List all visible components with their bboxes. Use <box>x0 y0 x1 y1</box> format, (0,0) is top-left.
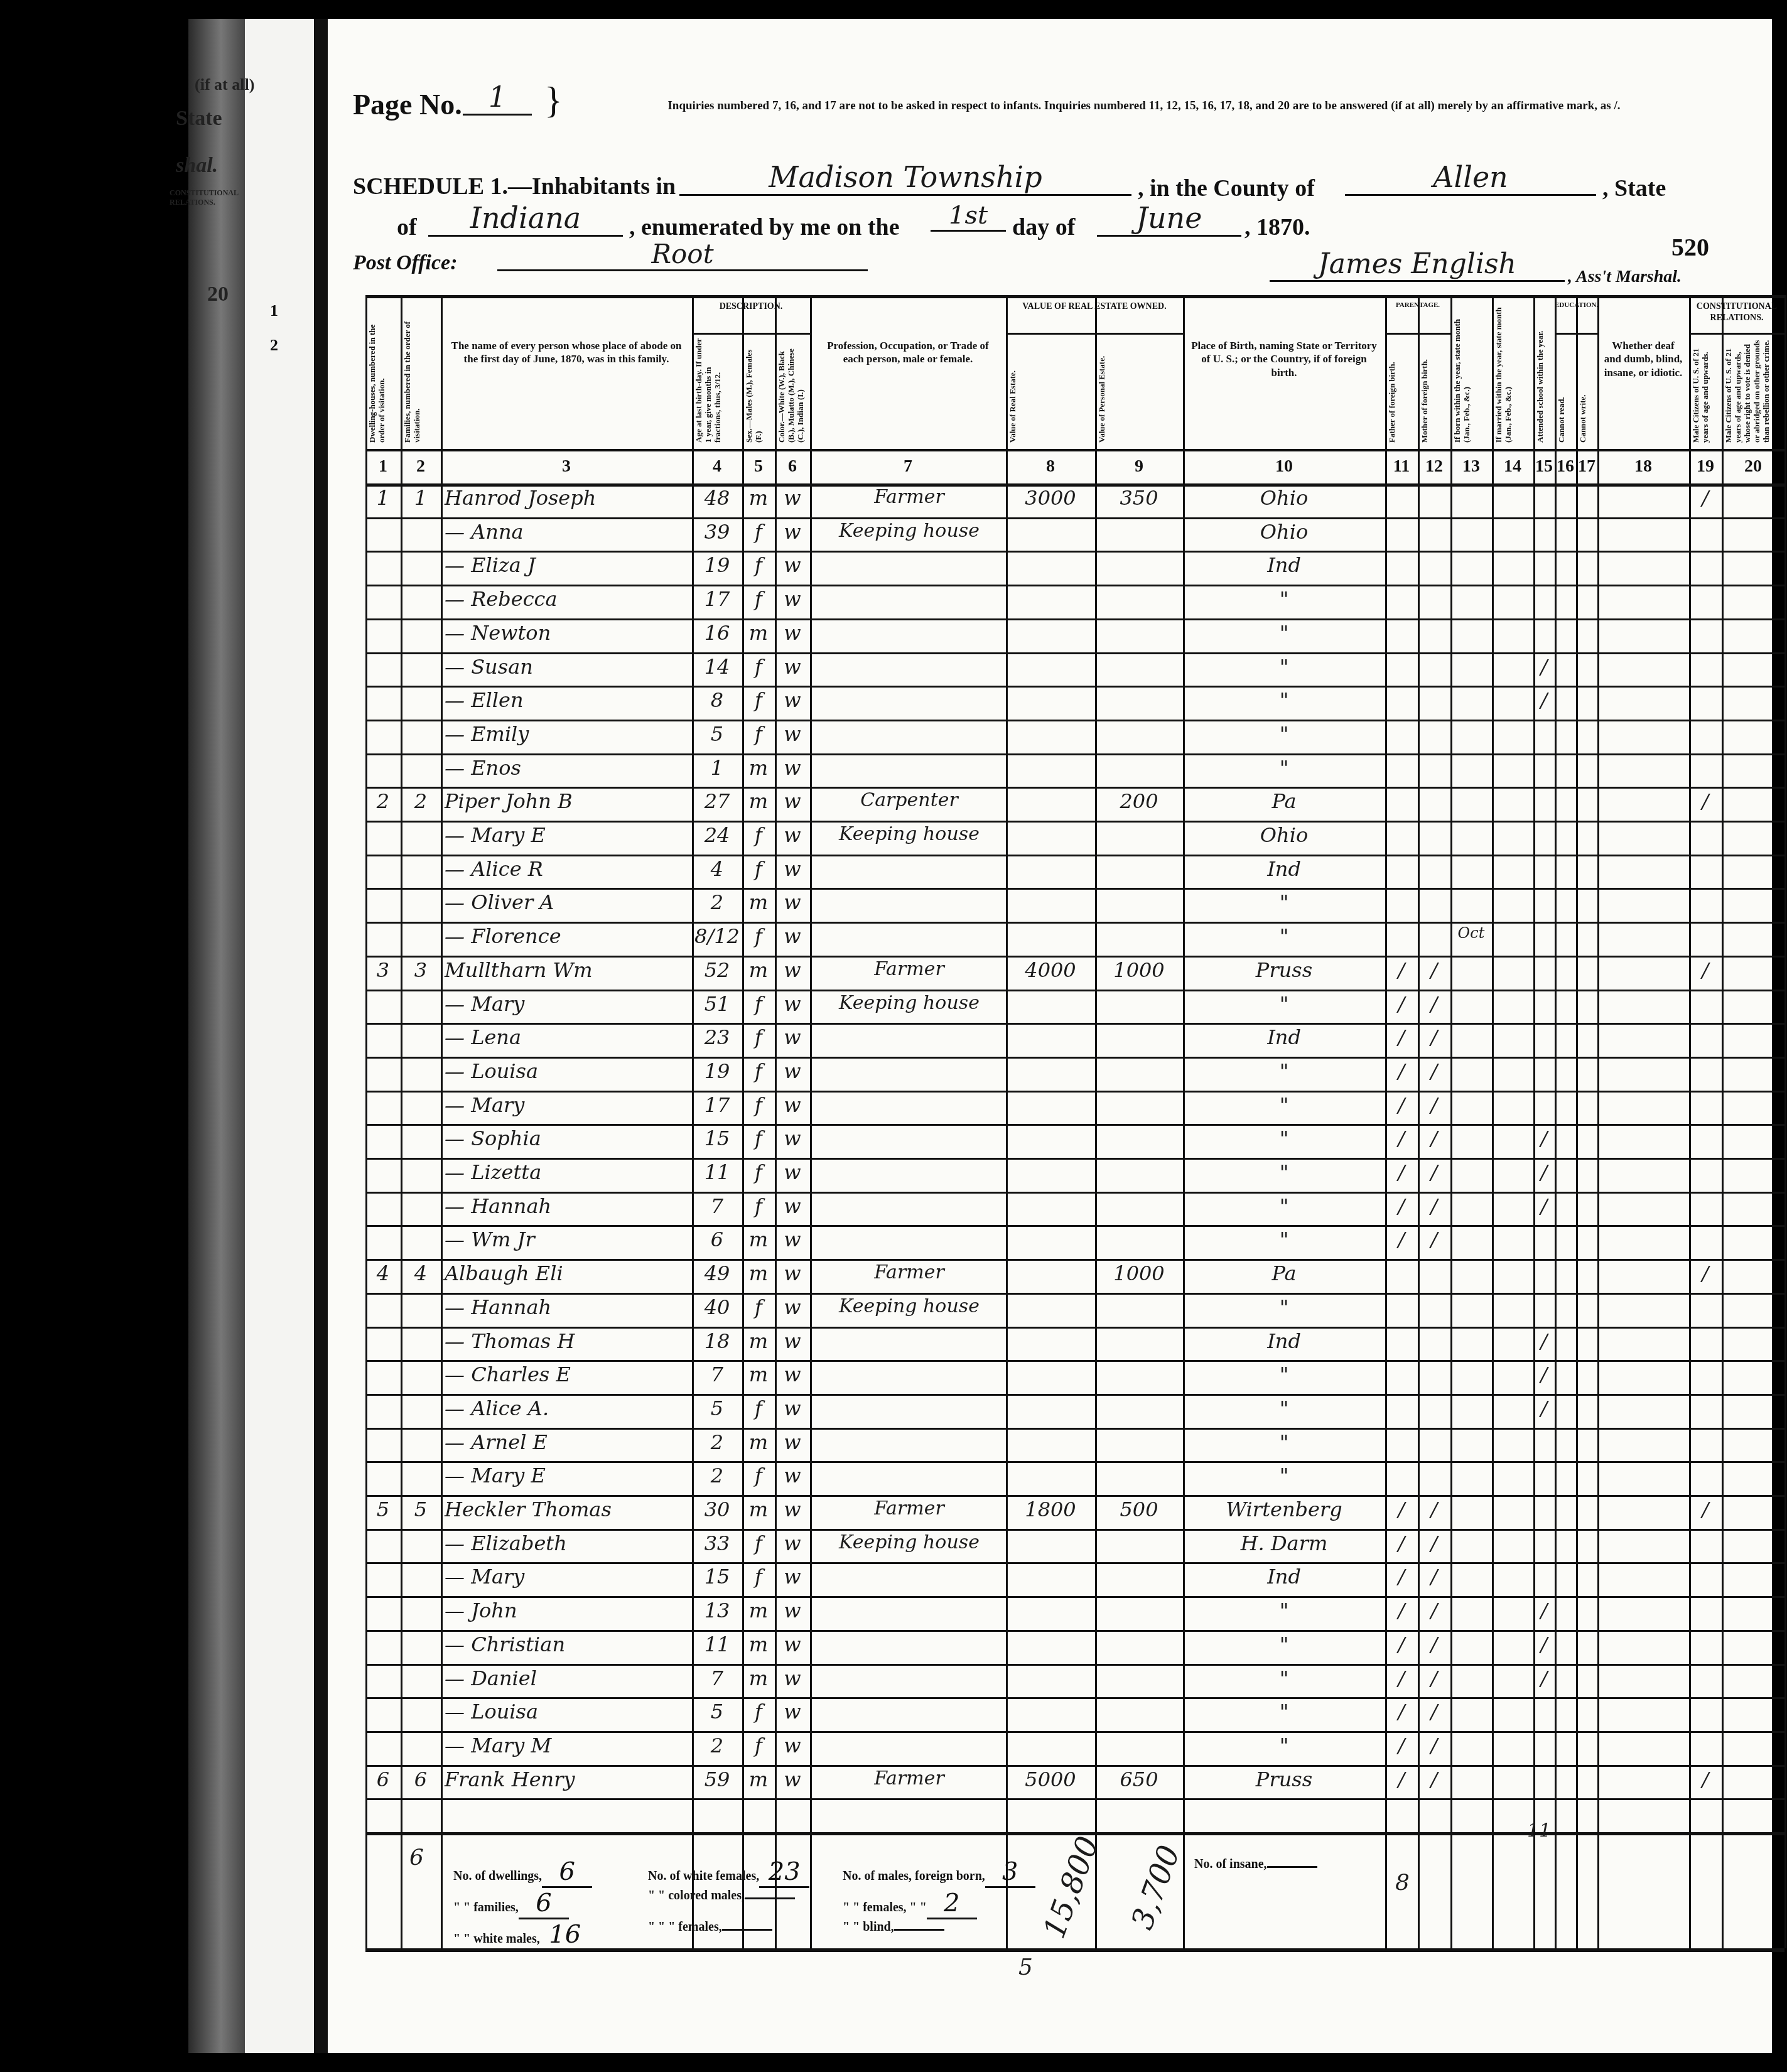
cell-birth: Wirtenberg <box>1183 1497 1385 1521</box>
cell-birth: " <box>1183 1734 1385 1757</box>
row-rule <box>365 652 1784 654</box>
column-number: 9 <box>1095 456 1183 477</box>
cell-name: — Hannah <box>445 1295 692 1319</box>
row-rule <box>365 787 1784 789</box>
cell-birth: " <box>1183 1194 1385 1218</box>
adjacent-fragment: shal. <box>176 154 218 178</box>
column-rule <box>1784 295 1786 1948</box>
cell-c19: / <box>1689 958 1722 982</box>
cell-c19: / <box>1689 789 1722 813</box>
cell-age: 2 <box>692 890 742 914</box>
cell-age: 48 <box>692 486 742 510</box>
cell-c11: / <box>1385 1126 1418 1150</box>
cell-name: — Emily <box>445 722 692 746</box>
schedule-label: SCHEDULE 1.—Inhabitants in <box>353 173 676 200</box>
cell-c12: / <box>1418 1160 1450 1184</box>
cell-color: w <box>775 1599 810 1622</box>
row-rule <box>365 686 1784 688</box>
column-rule <box>401 295 402 1948</box>
cell-age: 14 <box>692 655 742 679</box>
cell-sex: f <box>742 1059 775 1083</box>
cell-sex: f <box>742 655 775 679</box>
cell-birth: Ohio <box>1183 520 1385 544</box>
cell-age: 5 <box>692 1700 742 1724</box>
cell-c19: / <box>1689 1767 1722 1791</box>
cell-color: w <box>775 1362 810 1386</box>
column-header-10: Place of Birth, naming State or Territor… <box>1189 339 1379 379</box>
row-rule <box>365 1529 1784 1531</box>
column-rule <box>1492 295 1494 1948</box>
cell-age: 30 <box>692 1497 742 1521</box>
summary-foreign-females: " " females, " "2 <box>843 1889 977 1919</box>
cell-occ: Farmer <box>813 1261 1006 1283</box>
cell-birth: " <box>1183 722 1385 746</box>
cell-name: — Susan <box>445 655 692 679</box>
group-rule <box>1385 333 1450 335</box>
cell-c12: / <box>1418 958 1450 982</box>
cell-occ: Keeping house <box>813 520 1006 542</box>
cell-pers: 1000 <box>1095 958 1183 982</box>
column-number: 1 <box>365 456 401 477</box>
cell-name: — Lizetta <box>445 1160 692 1184</box>
summary-families-label: " " families, <box>453 1901 519 1914</box>
column-header-6: Color.—White (W.), Black (B.), Mulatto (… <box>777 338 807 443</box>
cell-age: 4 <box>692 857 742 881</box>
cell-name: — John <box>445 1599 692 1622</box>
cell-birth: Ohio <box>1183 823 1385 847</box>
cell-birth: " <box>1183 1599 1385 1622</box>
summary-foreign-males-value: 3 <box>985 1857 1035 1888</box>
cell-birth: Pa <box>1183 789 1385 813</box>
cell-c19: / <box>1689 1497 1722 1521</box>
cell-c11: / <box>1385 992 1418 1016</box>
column-number: 5 <box>742 456 775 477</box>
cell-name: Frank Henry <box>445 1767 692 1791</box>
row-rule <box>365 1664 1784 1666</box>
cell-color: w <box>775 857 810 881</box>
cell-birth: Ind <box>1183 1329 1385 1353</box>
row-rule <box>365 1630 1784 1632</box>
row-rule <box>365 922 1784 924</box>
row-rule <box>365 1731 1784 1733</box>
cell-pers: 200 <box>1095 789 1183 813</box>
cell-color: w <box>775 1160 810 1184</box>
cell-real: 4000 <box>1006 958 1095 982</box>
row-rule <box>365 1091 1784 1093</box>
cell-birth: Pruss <box>1183 958 1385 982</box>
column-number: 2 <box>401 456 441 477</box>
summary-colored-females-value <box>722 1929 772 1931</box>
cell-occ: Keeping house <box>813 1531 1006 1553</box>
cell-name: — Wm Jr <box>445 1228 692 1251</box>
row-rule <box>365 1225 1784 1227</box>
group-rule <box>1555 333 1597 335</box>
column-rule <box>1095 295 1097 1948</box>
parentage-group-heading: PARENTAGE. <box>1385 301 1450 310</box>
adjacent-row-number: 1 <box>270 301 278 320</box>
column-header-17: Cannot write. <box>1579 338 1595 443</box>
row-rule <box>365 1057 1784 1059</box>
column-header-11: Father of foreign birth. <box>1388 338 1415 443</box>
cell-age: 17 <box>692 587 742 611</box>
cell-name: — Mary <box>445 1565 692 1589</box>
summary-foreign-females-value: 2 <box>927 1889 977 1919</box>
summary-white-males-value: 16 <box>540 1920 590 1951</box>
cell-sex: f <box>742 1700 775 1724</box>
cell-birth: " <box>1183 688 1385 712</box>
cell-age: 8/12 <box>692 924 742 948</box>
page-no-label: Page No. <box>353 88 462 121</box>
group-rule <box>1006 333 1183 335</box>
column-header-2: Families, numbered in the order of visit… <box>403 304 438 443</box>
cell-color: w <box>775 520 810 544</box>
cell-c19: / <box>1689 486 1722 510</box>
cell-c15: / <box>1533 1329 1555 1353</box>
post-office-label: Post Office: <box>353 251 457 275</box>
cell-pers: 650 <box>1095 1767 1183 1791</box>
cell-birth: " <box>1183 1396 1385 1420</box>
cell-age: 2 <box>692 1430 742 1454</box>
column-number: 3 <box>441 456 692 477</box>
cell-color: w <box>775 1666 810 1690</box>
cell-color: w <box>775 655 810 679</box>
cell-c15: / <box>1533 1666 1555 1690</box>
cell-sex: f <box>742 1565 775 1589</box>
cell-fam: 4 <box>401 1261 441 1285</box>
cell-age: 7 <box>692 1666 742 1690</box>
cell-c13: Oct <box>1450 924 1492 942</box>
cell-color: w <box>775 553 810 577</box>
column-rule <box>1597 295 1599 1948</box>
page-no-value: 1 <box>463 82 532 116</box>
cell-name: — Anna <box>445 520 692 544</box>
column-rule <box>1533 295 1535 1948</box>
row-rule <box>365 1259 1784 1261</box>
cell-color: w <box>775 1126 810 1150</box>
cell-age: 17 <box>692 1093 742 1117</box>
marshal-signature: James English <box>1270 248 1565 282</box>
cell-color: w <box>775 1194 810 1218</box>
cell-occ: Keeping house <box>813 992 1006 1014</box>
cell-c19: / <box>1689 1261 1722 1285</box>
cell-pers: 500 <box>1095 1497 1183 1521</box>
cell-sex: f <box>742 823 775 847</box>
column-number: 19 <box>1689 456 1722 477</box>
cell-sex: f <box>742 1025 775 1049</box>
cell-birth: " <box>1183 1160 1385 1184</box>
cell-sex: f <box>742 1160 775 1184</box>
cell-color: w <box>775 958 810 982</box>
cell-fam: 6 <box>401 1767 441 1791</box>
column-number: 14 <box>1492 456 1533 477</box>
cell-sex: f <box>742 1464 775 1487</box>
summary-blind-value <box>894 1929 944 1931</box>
column-rule <box>1576 295 1578 1948</box>
cell-color: w <box>775 1329 810 1353</box>
summary-col1-total: 6 <box>409 1845 424 1870</box>
instructions-text: Inquiries numbered 7, 16, and 17 are not… <box>591 98 1697 114</box>
cell-color: w <box>775 1261 810 1285</box>
cell-color: w <box>775 823 810 847</box>
cell-c12: / <box>1418 1700 1450 1724</box>
cell-sex: f <box>742 722 775 746</box>
cell-name: Piper John B <box>445 789 692 813</box>
column-rule <box>365 295 367 1948</box>
cell-color: w <box>775 1497 810 1521</box>
column-header-14: If married within the year, state month … <box>1494 304 1531 443</box>
cell-c11: / <box>1385 1497 1418 1521</box>
cell-sex: f <box>742 553 775 577</box>
enumerated-label: , enumerated by me on the <box>629 213 900 241</box>
summary-insane-value <box>1267 1866 1317 1868</box>
cell-c12: / <box>1418 992 1450 1016</box>
row-rule <box>365 1798 1784 1800</box>
column-number: 7 <box>810 456 1006 477</box>
cell-sex: m <box>742 1430 775 1454</box>
row-rule <box>365 720 1784 721</box>
cell-real: 1800 <box>1006 1497 1095 1521</box>
cell-c15: / <box>1533 655 1555 679</box>
township-field: Madison Township <box>679 160 1131 196</box>
group-rule <box>692 333 810 335</box>
column-header-1: Dwelling-houses, numbered in the order o… <box>368 304 398 443</box>
cell-sex: f <box>742 924 775 948</box>
cell-c12: / <box>1418 1734 1450 1757</box>
adjacent-row-number: 2 <box>270 336 278 355</box>
cell-color: w <box>775 1767 810 1791</box>
cell-age: 15 <box>692 1126 742 1150</box>
real-estate-group-heading: VALUE OF REAL ESTATE OWNED. <box>1006 301 1183 313</box>
cell-age: 52 <box>692 958 742 982</box>
cell-c11: / <box>1385 1734 1418 1757</box>
adjacent-fragment: 20 <box>207 283 229 306</box>
column-rule <box>1689 295 1691 1948</box>
cell-sex: f <box>742 857 775 881</box>
summary-colored-females: " " " females, <box>648 1920 772 1934</box>
adjacent-fragment: (if at all) <box>195 75 254 94</box>
column-header-16: Cannot read. <box>1557 338 1574 443</box>
column-rule <box>1006 295 1008 1948</box>
column-number: 16 <box>1555 456 1576 477</box>
cell-name: — Sophia <box>445 1126 692 1150</box>
cell-sex: m <box>742 1599 775 1622</box>
cell-c11: / <box>1385 1160 1418 1184</box>
cell-sex: m <box>742 1228 775 1251</box>
page-footnote-mark: 5 <box>1018 1955 1033 1980</box>
column-rule <box>441 295 443 1948</box>
day-of-label: day of <box>1012 213 1075 241</box>
row-rule <box>365 956 1784 958</box>
row-rule <box>365 1765 1784 1767</box>
cell-c11: / <box>1385 1025 1418 1049</box>
cell-color: w <box>775 587 810 611</box>
cell-c12: / <box>1418 1599 1450 1622</box>
cell-birth: Ind <box>1183 1025 1385 1049</box>
column-number: 8 <box>1006 456 1095 477</box>
cell-sex: m <box>742 1329 775 1353</box>
summary-foreign-males: No. of males, foreign born,3 <box>843 1857 1035 1888</box>
column-number: 20 <box>1722 456 1784 477</box>
cell-birth: " <box>1183 655 1385 679</box>
summary-blind-label: " " blind, <box>843 1920 894 1934</box>
column-rule <box>1722 295 1724 1948</box>
cell-name: — Mary E <box>445 823 692 847</box>
cell-c12: / <box>1418 1025 1450 1049</box>
cell-real: 5000 <box>1006 1767 1095 1791</box>
summary-families-value: 6 <box>519 1889 569 1919</box>
row-rule <box>365 618 1784 620</box>
cell-c12: / <box>1418 1497 1450 1521</box>
cell-name: — Elizabeth <box>445 1531 692 1555</box>
cell-pers: 350 <box>1095 486 1183 510</box>
cell-c11: / <box>1385 1194 1418 1218</box>
row-rule <box>365 1124 1784 1126</box>
row-rule <box>365 855 1784 856</box>
cell-dw: 3 <box>365 958 401 982</box>
table-rule <box>365 449 1784 451</box>
cell-color: w <box>775 1430 810 1454</box>
cell-dw: 5 <box>365 1497 401 1521</box>
cell-age: 13 <box>692 1599 742 1622</box>
row-rule <box>365 1428 1784 1430</box>
cell-birth: " <box>1183 1464 1385 1487</box>
cell-c11: / <box>1385 1666 1418 1690</box>
cell-real: 3000 <box>1006 486 1095 510</box>
cell-birth: " <box>1183 924 1385 948</box>
cell-color: w <box>775 789 810 813</box>
cell-c11: / <box>1385 1565 1418 1589</box>
cell-c12: / <box>1418 1228 1450 1251</box>
cell-birth: " <box>1183 1093 1385 1117</box>
post-office-field: Root <box>497 239 868 271</box>
cell-age: 19 <box>692 553 742 577</box>
cell-c11: / <box>1385 1228 1418 1251</box>
cell-name: — Enos <box>445 756 692 780</box>
cell-age: 8 <box>692 688 742 712</box>
cell-occ: Keeping house <box>813 1295 1006 1317</box>
cell-c11: / <box>1385 1700 1418 1724</box>
cell-c12: / <box>1418 1767 1450 1791</box>
row-rule <box>365 1562 1784 1564</box>
column-header-8: Value of Real Estate. <box>1008 338 1093 443</box>
cell-c11: / <box>1385 1093 1418 1117</box>
cell-birth: Ind <box>1183 1565 1385 1589</box>
adjacent-fragment: CONSTITUTIONAL RELATIONS. <box>170 188 251 207</box>
summary-white-females: No. of white females,23 <box>648 1857 809 1888</box>
summary-dwellings-label: No. of dwellings, <box>453 1869 542 1883</box>
cell-sex: f <box>742 1531 775 1555</box>
row-rule <box>365 585 1784 586</box>
cell-name: — Charles E <box>445 1362 692 1386</box>
column-header-3: The name of every person whose place of … <box>447 339 686 366</box>
cell-dw: 2 <box>365 789 401 813</box>
cell-fam: 5 <box>401 1497 441 1521</box>
cell-color: w <box>775 890 810 914</box>
row-rule <box>365 1697 1784 1699</box>
row-rule <box>365 1495 1784 1497</box>
summary-white-males: " " white males,16 <box>453 1920 590 1951</box>
column-header-5: Sex.—Males (M.), Females (F.) <box>745 338 772 443</box>
cell-birth: " <box>1183 1430 1385 1454</box>
county-label: , in the County of <box>1138 175 1315 202</box>
summary-colored-males-label: " " colored males, <box>648 1889 745 1902</box>
column-number: 6 <box>775 456 810 477</box>
column-header-13: If born within the year, state month (Ja… <box>1453 304 1489 443</box>
adjacent-fragment: State <box>176 107 222 131</box>
cell-c12: / <box>1418 1666 1450 1690</box>
cell-c15: / <box>1533 1194 1555 1218</box>
book-gutter <box>314 19 328 2053</box>
cell-occ: Farmer <box>813 958 1006 980</box>
cell-sex: f <box>742 992 775 1016</box>
cell-c15: / <box>1533 1396 1555 1420</box>
cell-birth: " <box>1183 1362 1385 1386</box>
cell-birth: " <box>1183 1126 1385 1150</box>
cell-color: w <box>775 1228 810 1251</box>
cell-age: 39 <box>692 520 742 544</box>
cell-name: — Newton <box>445 621 692 645</box>
cell-sex: f <box>742 1126 775 1150</box>
cell-age: 7 <box>692 1362 742 1386</box>
cell-age: 18 <box>692 1329 742 1353</box>
column-header-18: Whether deaf and dumb, blind, insane, or… <box>1604 339 1683 379</box>
cell-occ: Farmer <box>813 1497 1006 1519</box>
cell-sex: f <box>742 1093 775 1117</box>
cell-name: Heckler Thomas <box>445 1497 692 1521</box>
marshal-label: , Ass't Marshal. <box>1568 267 1682 287</box>
cell-age: 6 <box>692 1228 742 1251</box>
cell-c12: / <box>1418 1126 1450 1150</box>
cell-sex: f <box>742 1194 775 1218</box>
column-header-9: Value of Personal Estate. <box>1098 338 1180 443</box>
census-page: Page No. 1 } Inquiries numbered 7, 16, a… <box>328 19 1772 2053</box>
cell-occ: Farmer <box>813 486 1006 508</box>
cell-birth: Pa <box>1183 1261 1385 1285</box>
cell-c15: / <box>1533 1160 1555 1184</box>
row-rule <box>365 517 1784 519</box>
row-rule <box>365 551 1784 553</box>
cell-age: 15 <box>692 1565 742 1589</box>
cell-age: 7 <box>692 1194 742 1218</box>
county-field: Allen <box>1345 160 1596 196</box>
column-header-20: Male Citizens of U. S. of 21 years of ag… <box>1724 338 1782 443</box>
cell-sex: f <box>742 1396 775 1420</box>
cell-sex: m <box>742 1666 775 1690</box>
cell-sex: m <box>742 486 775 510</box>
cell-age: 51 <box>692 992 742 1016</box>
cell-color: w <box>775 1025 810 1049</box>
cell-birth: " <box>1183 756 1385 780</box>
cell-sex: m <box>742 789 775 813</box>
column-header-7: Profession, Occupation, or Trade of each… <box>816 339 1000 366</box>
row-rule <box>365 1327 1784 1329</box>
cell-occ: Farmer <box>813 1767 1006 1789</box>
column-rule <box>1450 295 1452 1948</box>
cell-c15: / <box>1533 688 1555 712</box>
constitutional-group-heading: CONSTITUTIONAL RELATIONS. <box>1689 301 1784 323</box>
cell-sex: f <box>742 688 775 712</box>
cell-color: w <box>775 486 810 510</box>
year-label: , 1870. <box>1244 213 1310 241</box>
cell-name: — Arnel E <box>445 1430 692 1454</box>
cell-pers: 1000 <box>1095 1261 1183 1285</box>
cell-age: 49 <box>692 1261 742 1285</box>
column-number: 15 <box>1533 456 1555 477</box>
cell-sex: m <box>742 1362 775 1386</box>
cell-sex: f <box>742 1734 775 1757</box>
cell-c11: / <box>1385 1632 1418 1656</box>
cell-birth: " <box>1183 1632 1385 1656</box>
